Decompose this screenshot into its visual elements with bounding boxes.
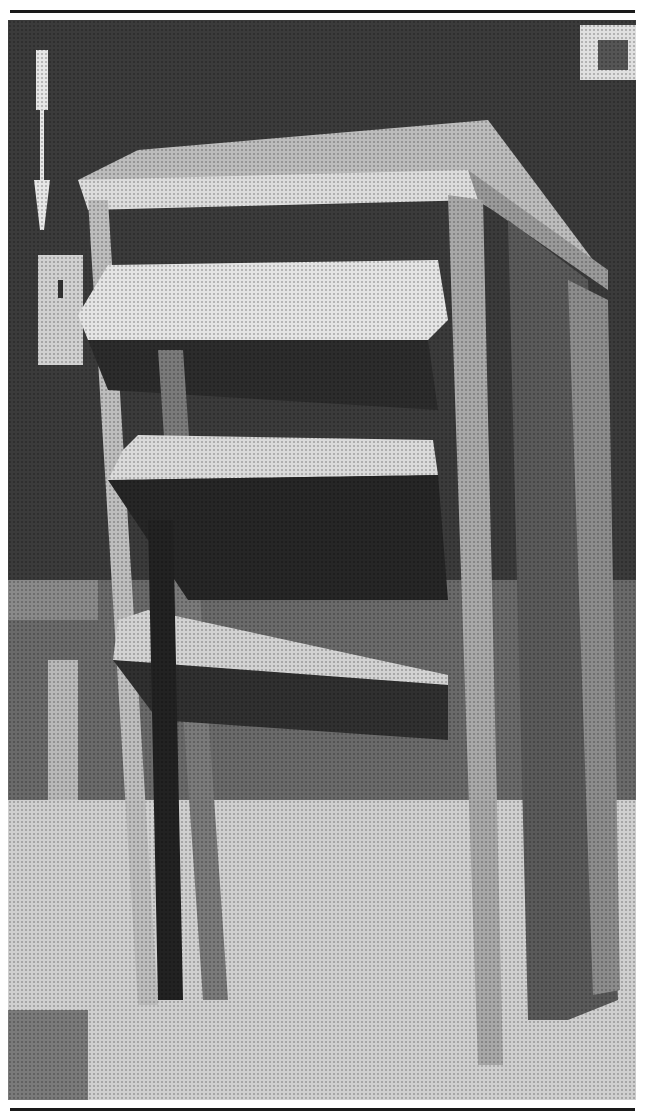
bottom-rule <box>10 1108 635 1111</box>
top-rule <box>10 10 635 13</box>
photograph <box>8 20 636 1100</box>
